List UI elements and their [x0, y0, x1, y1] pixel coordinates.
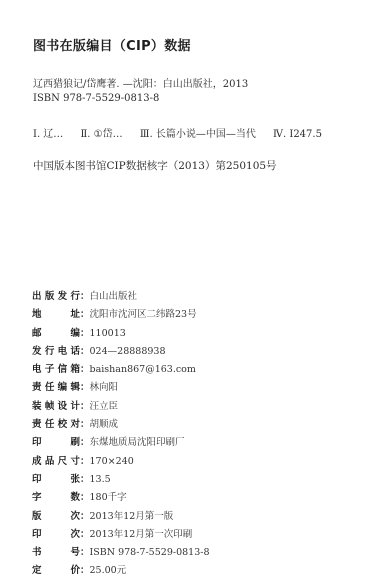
- page-title: 图书在版编目（CIP）数据: [33, 35, 191, 54]
- colophon-row-postcode: 邮编：110013: [32, 325, 210, 343]
- classification-item: Ⅳ. I247.5: [273, 129, 322, 140]
- classification-item: Ⅰ. 辽…: [33, 129, 63, 140]
- colophon-row-editor: 责任编辑：林向阳: [32, 379, 210, 397]
- colophon-row-publisher: 出版发行：白山出版社: [32, 288, 210, 306]
- colophon-row-proofreader: 责任校对：胡顺成: [32, 416, 210, 434]
- colophon-row-wordcount: 字数：180千字: [32, 489, 210, 507]
- colophon-row-email: 电子信箱：baishan867@163.com: [32, 361, 210, 379]
- colophon-row-isbn: 书号：ISBN 978-7-5529-0813-8: [32, 544, 210, 562]
- classification-item: Ⅱ. ①岱…: [81, 129, 123, 140]
- cip-bibliographic-line: 辽西猎狼记/岱鹰著. —沈阳：白山出版社，2013: [33, 75, 248, 90]
- colophon-row-sheets: 印张：13.5: [32, 471, 210, 489]
- colophon-row-printer: 印刷：东煤地质局沈阳印刷厂: [32, 434, 210, 452]
- colophon-row-designer: 装帧设计：汪立臣: [32, 398, 210, 416]
- cip-number: 中国版本图书馆CIP数据核字（2013）第250105号: [33, 158, 277, 173]
- classification-item: Ⅲ. 长篇小说—中国—当代: [140, 129, 256, 140]
- colophon-row-price: 定价：25.00元: [32, 562, 210, 580]
- colophon-row-size: 成品尺寸：170×240: [32, 453, 210, 471]
- colophon-row-printing: 印次：2013年12月第一次印刷: [32, 526, 210, 544]
- colophon: 出版发行：白山出版社 地址：沈阳市沈河区二纬路23号 邮编：110013 发行电…: [32, 288, 210, 580]
- colophon-row-edition: 版次：2013年12月第一版: [32, 508, 210, 526]
- colophon-row-phone: 发行电话：024—28888938: [32, 343, 210, 361]
- colophon-row-address: 地址：沈阳市沈河区二纬路23号: [32, 306, 210, 324]
- cip-classification: Ⅰ. 辽… Ⅱ. ①岱… Ⅲ. 长篇小说—中国—当代 Ⅳ. I247.5: [33, 125, 336, 140]
- cip-isbn-line: ISBN 978-7-5529-0813-8: [33, 93, 159, 104]
